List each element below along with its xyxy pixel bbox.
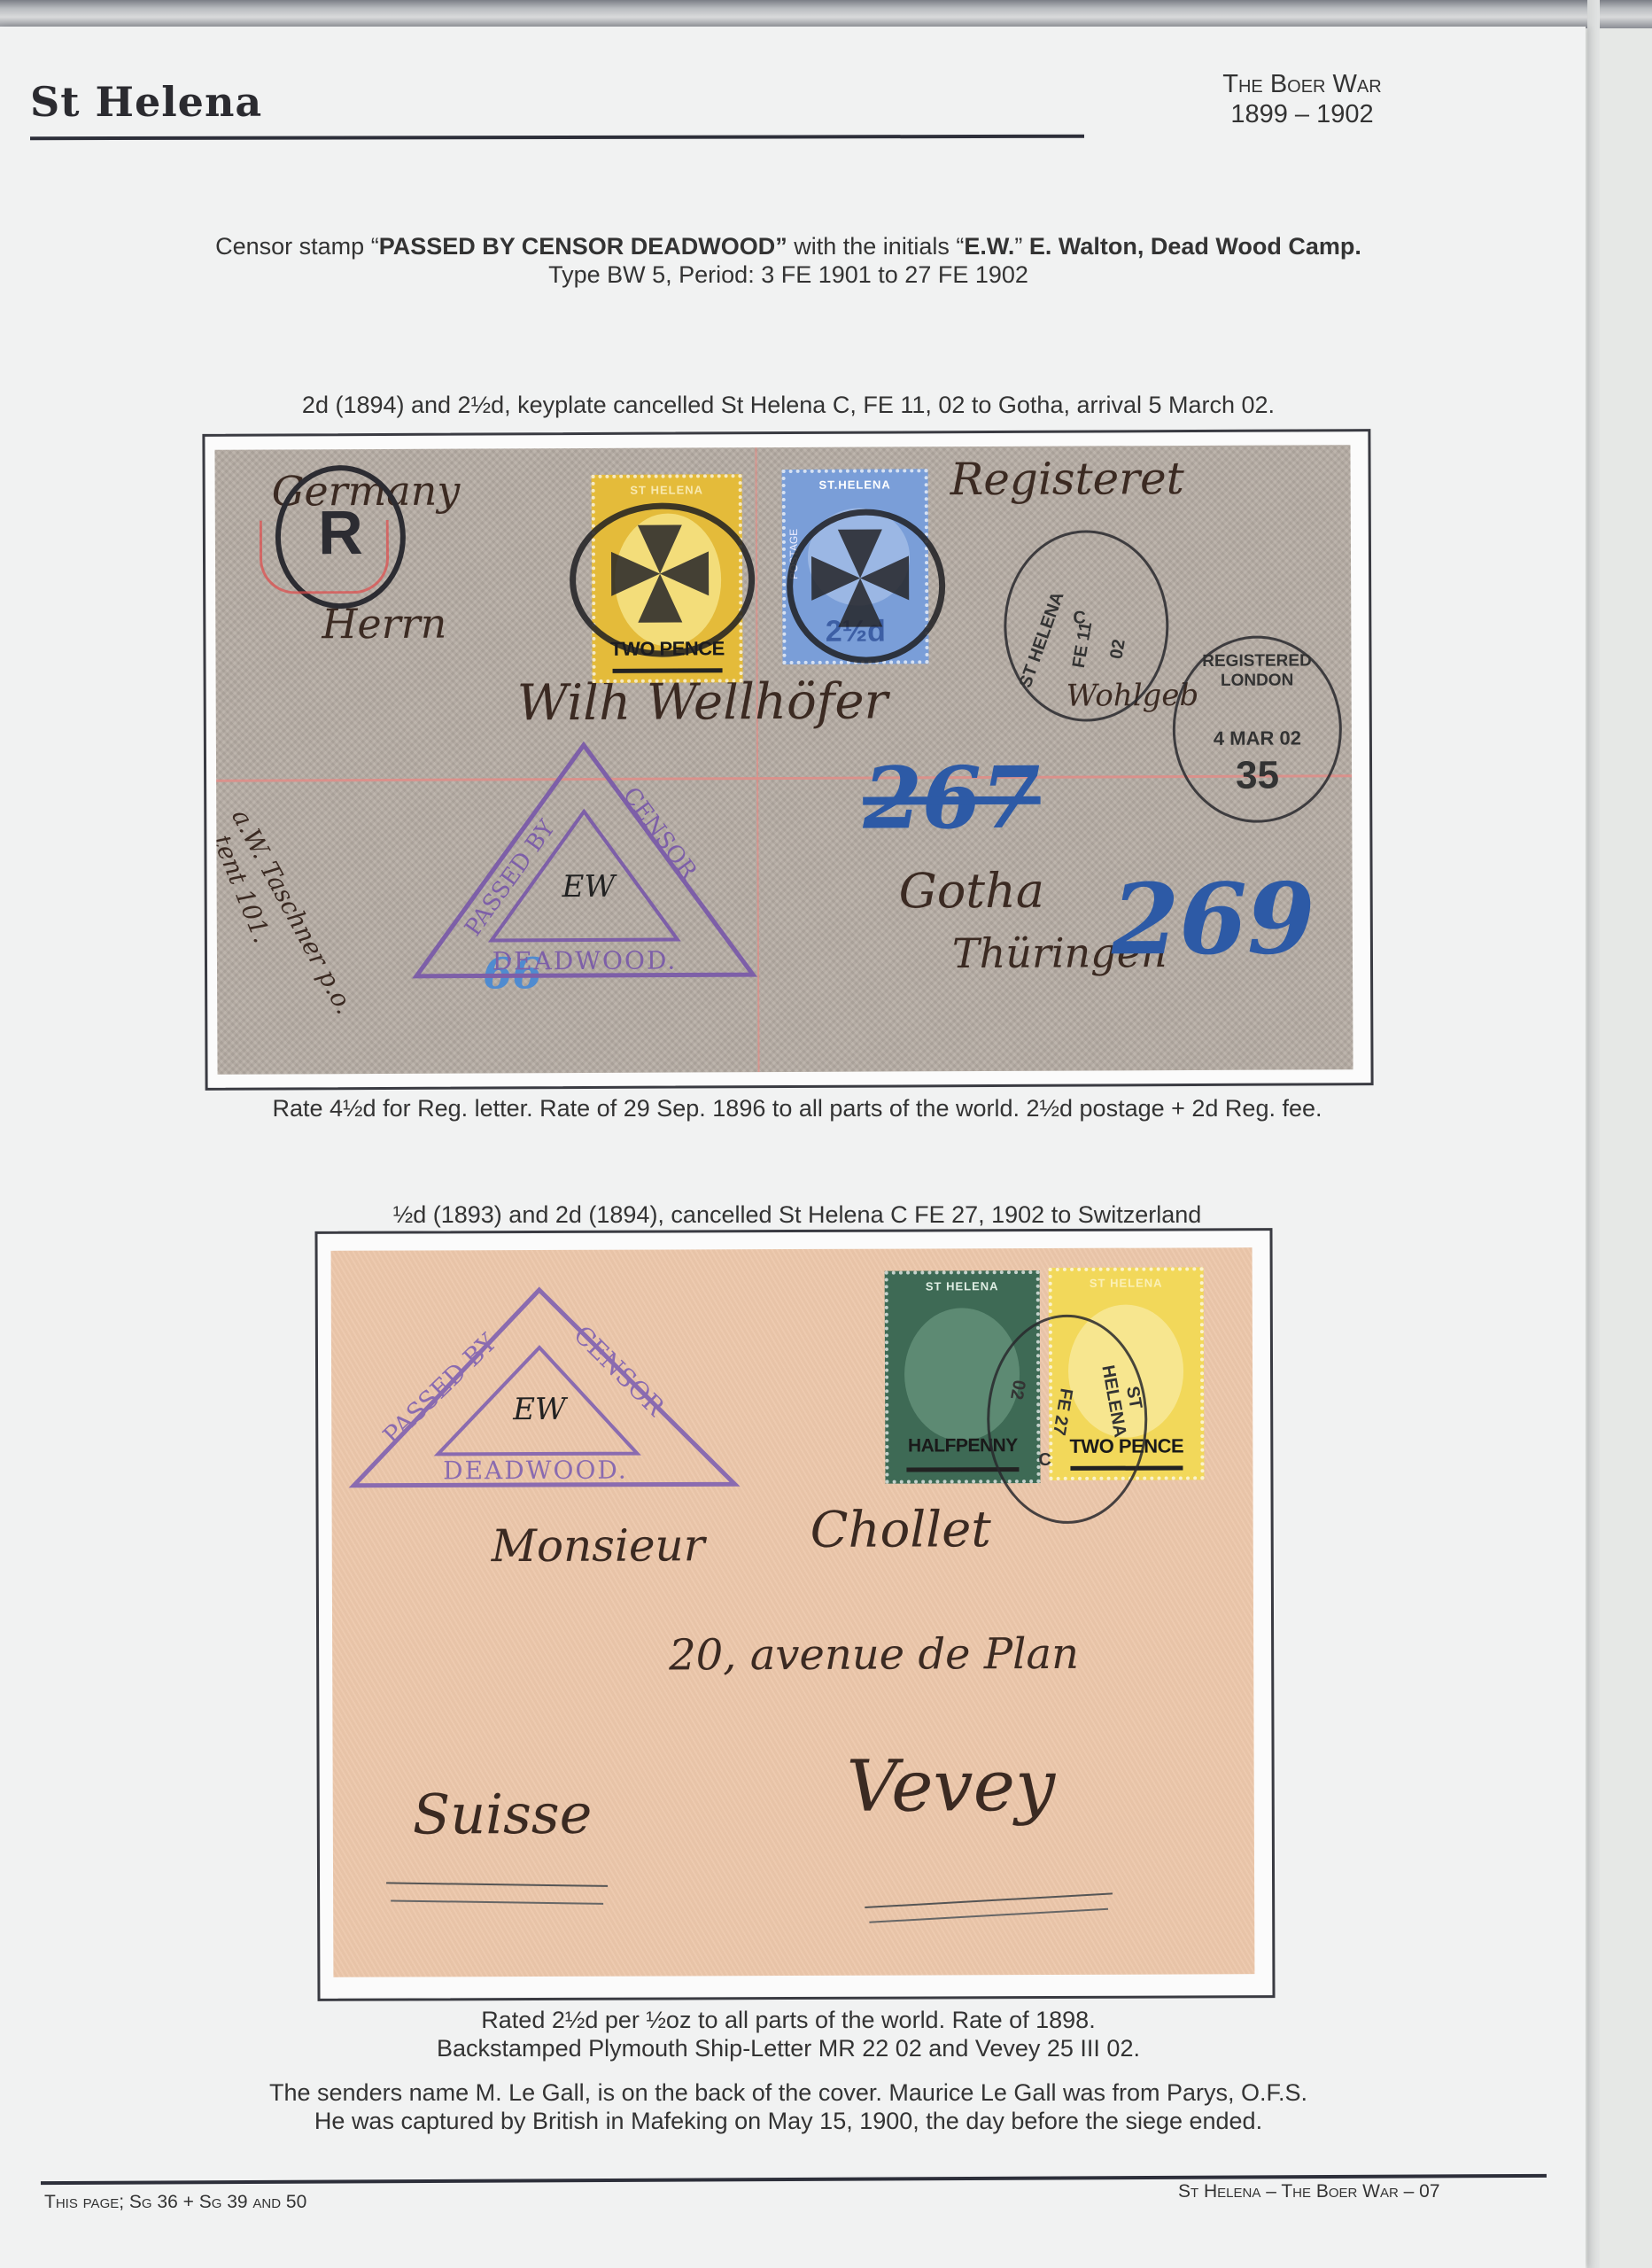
subtitle-years: 1899 – 1902 [1200, 99, 1404, 129]
album-page-edge [1587, 0, 1600, 2268]
cover1-envelope[interactable]: Germany Registeret Herrn Wilh Wellhöfer … [214, 445, 1353, 1075]
cover2-caption-line1: Rated 2½d per ½oz to all parts of the wo… [177, 2006, 1400, 2034]
cds-letter: C [1038, 1450, 1051, 1471]
cover2-st-helena-cds: ST HELENA C FE 27 02 [987, 1315, 1148, 1525]
intro-prefix: Censor stamp “ [215, 233, 379, 260]
intro-text: Censor stamp “PASSED BY CENSOR DEADWOOD”… [89, 232, 1488, 289]
cover1-caption-bottom: Rate 4½d for Reg. letter. Rate of 29 Sep… [177, 1094, 1417, 1122]
cds-year: 02 [1106, 638, 1129, 661]
censor-initials: EW [562, 869, 616, 905]
cover2-envelope[interactable]: PASSED BY CENSOR DEADWOOD. EW ST HELENA … [331, 1247, 1255, 1977]
stamp-country: ST HELENA [595, 483, 739, 497]
underline [869, 1908, 1108, 1923]
censor-text-bottom: DEADWOOD. [483, 945, 686, 975]
cover2-caption-bottom: Rated 2½d per ½oz to all parts of the wo… [177, 2006, 1400, 2062]
cover2-hand-city: Vevey [847, 1744, 1056, 1828]
cover1-hand-registered: Registeret [950, 453, 1183, 505]
album-top-edge [0, 0, 1652, 28]
intro-line2: Type BW 5, Period: 3 FE 1901 to 27 FE 19… [89, 260, 1488, 289]
intro-initials: E.W. [964, 233, 1014, 260]
cover2-hand-addressee: Chollet [810, 1501, 991, 1559]
intro-line1: Censor stamp “PASSED BY CENSOR DEADWOOD”… [89, 232, 1488, 260]
cover1-red-crayon-mark [260, 520, 389, 594]
cover2-hand-salutation: Monsieur [492, 1519, 705, 1572]
intro-censor-name: PASSED BY CENSOR DEADWOOD” [379, 233, 787, 260]
censor-initials: EW [513, 1392, 566, 1427]
footer-catalogue-refs: This page; Sg 36 + Sg 39 and 50 [44, 2192, 306, 2213]
cover2-hand-country: Suisse [413, 1782, 593, 1847]
cds-number: 35 [1175, 753, 1339, 798]
cover1-st-helena-cds: ST HELENA C FE 11 02 [1004, 530, 1169, 722]
cover1-crossed-number: 267 [863, 748, 1041, 849]
notes: The senders name M. Le Gall, is on the b… [159, 2078, 1417, 2135]
stamp-country: ST HELENA [1052, 1276, 1200, 1290]
cds-year: 02 [1005, 1379, 1028, 1402]
underline [386, 1882, 608, 1886]
underline [391, 1899, 603, 1904]
cds-office: REGISTERED LONDON [1183, 651, 1330, 691]
cover1-hand-city: Gotha [899, 863, 1045, 920]
cds-office: ST HELENA [1016, 589, 1069, 690]
cover1-blue-number: 269 [1112, 861, 1315, 976]
intro-mid: with the initials “ [787, 233, 965, 260]
stamp-country: ST HELENA [888, 1279, 1036, 1293]
maltese-cross-cancel-icon [607, 520, 714, 627]
overprint-bar [613, 668, 722, 673]
cds-date: FE 27 [1048, 1386, 1076, 1436]
cover2-caption-top: ½d (1893) and 2d (1894), cancelled St He… [292, 1200, 1302, 1229]
header-subtitle: The Boer War 1899 – 1902 [1200, 69, 1404, 129]
cds-date: 4 MAR 02 [1175, 726, 1339, 750]
cover2-caption-line2: Backstamped Plymouth Ship-Letter MR 22 0… [177, 2034, 1400, 2062]
cover2-hand-street: 20, avenue de Plan [669, 1629, 1079, 1681]
censor-text-bottom: DEADWOOD. [420, 1456, 650, 1486]
cover1-caption-top: 2d (1894) and 2½d, keyplate cancelled St… [159, 391, 1417, 419]
cover1-censor-triangle-icon [411, 740, 757, 981]
notes-line1: The senders name M. Le Gall, is on the b… [159, 2078, 1417, 2107]
page-title: St Helena [30, 78, 262, 126]
footer-page-label: St Helena – The Boer War – 07 [1178, 2181, 1440, 2202]
maltese-cross-cancel-icon [807, 524, 914, 632]
subtitle-line1: The Boer War [1200, 69, 1404, 99]
intro-censor-person: E. Walton, Dead Wood Camp. [1029, 233, 1361, 260]
cover1-london-registered-cds: REGISTERED LONDON 4 MAR 02 35 [1172, 635, 1342, 823]
notes-line2: He was captured by British in Mafeking o… [159, 2107, 1417, 2135]
intro-mid2: ” [1014, 233, 1029, 260]
underline [865, 1892, 1113, 1908]
stamp-country: ST.HELENA [786, 478, 925, 492]
